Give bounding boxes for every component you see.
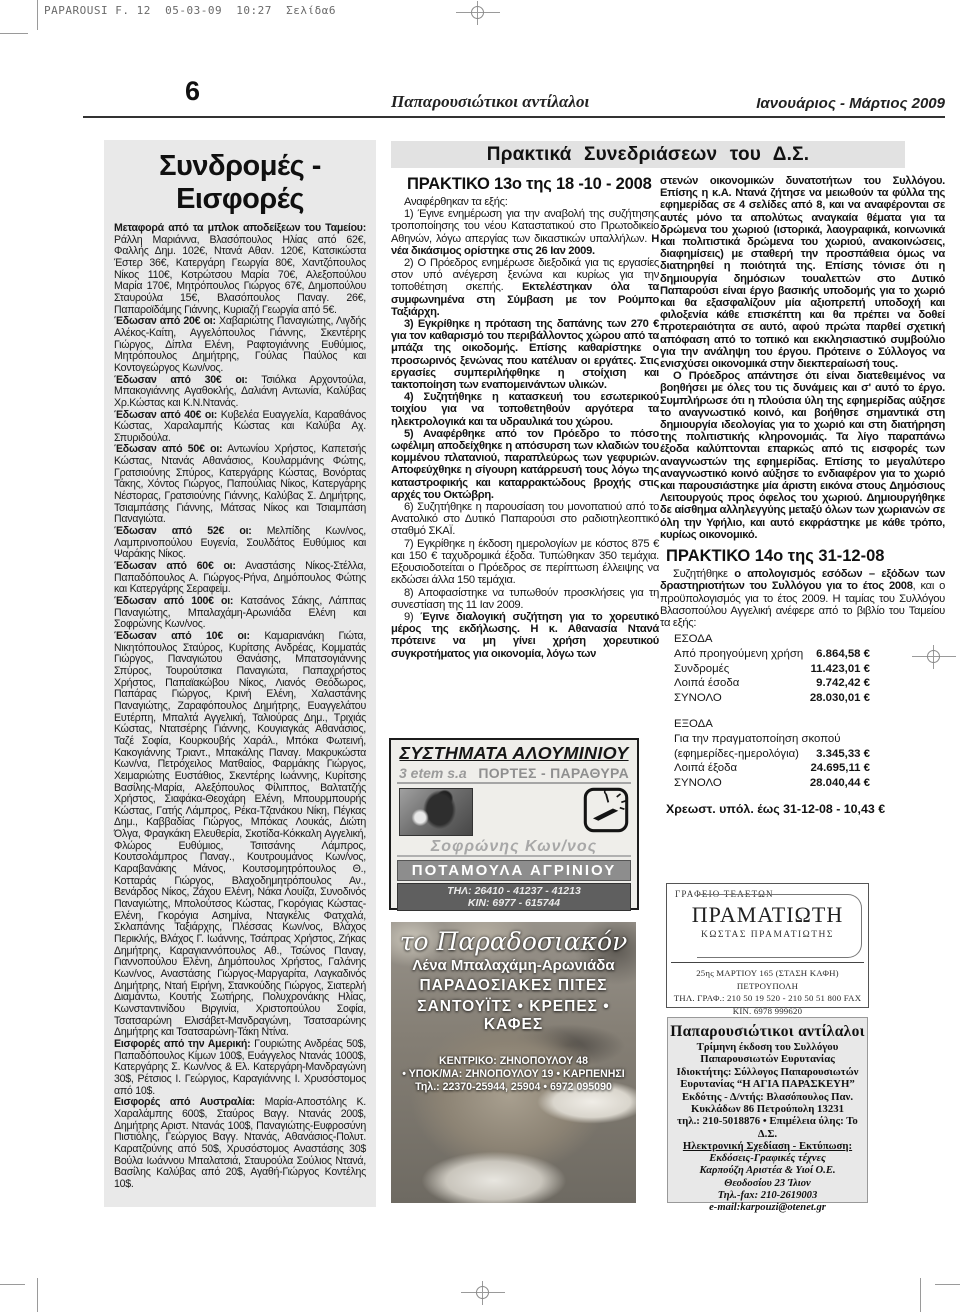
funeral-mobile: ΚΙΝ. 6978 999620 [667,1005,868,1018]
expense-note: Για την πραγματοποίηση σκοπού [674,732,870,747]
minutes-14-title: ΠΡΑΚΤΙΚΟ 14ο της 31-12-08 [666,547,945,566]
page-number: 6 [185,76,200,107]
minutes-13-title: ΠΡΑΚΤΙΚΟ 13ο της 18 -10 - 2008 [407,175,659,194]
subscriptions-paragraph: Έδωσαν από 60€ οι: Αναστάσης Νίκος-Στέλλ… [114,561,366,596]
minutes-item: 6) Συζητήθηκε η παρουσίαση του μονοπατιο… [391,501,659,538]
subscriptions-section: Συνδρομές - Εισφορές Μεταφορά από τα μπλ… [104,140,376,1207]
minutes-item: 7) Εγκρίθηκε η έκδοση ημερολογίων με κόσ… [391,538,659,587]
aluminium-location: ΠΟΤΑΜΟΥΛΑ ΑΓΡΙΝΙΟΥ [397,860,631,881]
aluminium-owner: Σοφρώνης Κων/νος [397,838,631,857]
funeral-name: ΠΡΑΜΑΤΙΩΤΗ [667,902,868,928]
minutes-item: 9) Έγινε διαλογική συζήτηση για το χορευ… [391,611,659,660]
minutes-item: 1) Έγινε ενημέρωση για την αναβολή της σ… [391,208,659,257]
traditional-address-1: ΚΕΝΤΡΙΚΟ: ΖΗΝΟΠΟΥΛΟΥ 48 [391,1055,636,1068]
imprint-box: Παπαρουσιώτικοι αντίλαλοι Τρίμηνη έκδοση… [667,1017,868,1203]
minutes-item: 3) Εγκρίθηκε η πρόταση της δαπάνης των 2… [391,318,659,391]
aluminium-mobile: ΚΙΝ: 6977 - 615744 [398,897,630,909]
minutes-item: 5) Αναφέρθηκε από τον Πρόεδρο το πόσο ωφ… [391,428,659,501]
minutes-right-column: στενών οικονομικών δυνατοτήτων του Συλλό… [660,175,945,816]
debit-balance-line: Χρεωστ. υπόλ. έως 31-12-08 - 10,43 € [666,802,945,816]
traditional-phone: Τηλ.: 22370-25944, 25904 • 6972 095090 [391,1081,636,1094]
imprint-line: Τρίμηνη έκδοση του Συλλόγου [668,1041,867,1053]
aluminium-systems-ad: ΣΥΣΤΗΜΑΤΑ ΑΛΟΥΜΙΝΙΟΥ 3 etem s.a ΠΟΡΤΕΣ -… [389,738,639,910]
registration-mark-icon [456,1,500,25]
imprint-print-line: Καρπούζη Αριστέα & Υιοί Ο.Ε. [668,1165,867,1177]
financial-statement: ΕΣΟΔΑ Από προηγούμενη χρήση6.864,58 € Συ… [674,632,870,790]
aluminium-ad-images [399,788,629,836]
crop-mark-icon [0,1284,25,1285]
income-total-row: ΣΥΝΟΛΟ28.030,01 € [674,691,870,706]
subscriptions-paragraph: Εισφορές από την Αμερική: Γουριώτης Ανδρ… [114,1039,366,1097]
expense-row: (εφημερίδες-ημερολόγια)3.345,33 € [674,747,870,762]
imprint-print-line: Εκδόσεις-Γραφικές τέχνες [668,1153,867,1165]
prepress-slug: PAPAROUSI F. 12 05-03-09 10:27 Σελίδα6 [44,4,336,17]
subscriptions-paragraph: Έδωσαν από 52€ οι: Μελπίδης Κων/νος, Λαμ… [114,526,366,561]
funeral-owner: ΚΩΣΤΑΣ ΠΡΑΜΑΤΙΩΤΗΣ [667,930,868,940]
aluminium-brand: 3 etem s.a [399,765,467,781]
imprint-print-heading: Ηλεκτρονική Σχεδίαση - Εκτύπωση: [668,1140,867,1153]
funeral-phones: ΤΗΛ. ΓΡΑΦ.: 210 50 19 520 - 210 50 51 80… [667,992,868,1005]
newspaper-title: Παπαρουσιώτικοι αντίλαλοι [391,92,589,112]
crop-mark-icon [37,0,38,30]
imprint-line: Ιδιοκτήτης: Σύλλογος Παπαρουσιωτών [668,1066,867,1078]
traditional-contact: ΚΕΝΤΡΙΚΟ: ΖΗΝΟΠΟΥΛΟΥ 48 • ΥΠΟΚ/ΜΑ: ΖΗΝΟΠ… [391,1055,636,1094]
header-rule [83,116,945,118]
traditional-pies-ad: το Παραδοσιακόν Λένα Μπαλαχάμη-Αρωνιάδα … [391,922,636,1203]
minutes-item: 8) Αποφασίστηκε να τυπωθούν προσκλήσεις … [391,587,659,611]
income-row: Από προηγούμενη χρήση6.864,58 € [674,647,870,662]
aluminium-ad-subtitle: 3 etem s.a ΠΟΡΤΕΣ - ΠΑΡΑΘΥΡΑ [397,764,631,784]
crop-mark-icon [935,1284,960,1285]
registration-mark-icon [461,1281,505,1305]
funeral-divider [671,962,864,963]
imprint-line: Εκδότης - Δ/ντής: Βλασόπουλος Παν. [668,1091,867,1103]
imprint-line: Παπαρουσιωτών Ευρυτανίας [668,1053,867,1065]
imprint-print-line: Τηλ.-fax: 210-2619003 [668,1190,867,1202]
expense-row: Λοιπά έξοδα24.695,11 € [674,761,870,776]
aluminium-products: ΠΟΡΤΕΣ - ΠΑΡΑΘΥΡΑ [478,765,629,781]
expense-header: ΕΞΟΔΑ [674,717,870,732]
traditional-shop-name: το Παραδοσιακόν [391,927,636,956]
president-response: Ο Πρόεδρος απάντησε ότι είναι διατεθειμέ… [660,370,945,541]
traditional-owner: Λένα Μπαλαχάμη-Αρωνιάδα [391,957,636,974]
subscriptions-paragraph: Έδωσαν από 40€ οι: Κυβελέα Ευαγγελία, Κα… [114,410,366,445]
subscriptions-paragraph: Έδωσαν από 20€ οι: Χαβαριώτης Παναγιώτης… [114,316,366,374]
aluminium-ad-title: ΣΥΣΤΗΜΑΤΑ ΑΛΟΥΜΙΝΙΟΥ [397,743,631,764]
subscriptions-paragraph: Έδωσαν από 50€ οι: Αντωνίου Χρήστος, Καπ… [114,444,366,526]
minutes-item: 2) Ο Πρόεδρος ενημέρωσε διεξοδικά για τι… [391,257,659,318]
crop-mark-icon [0,33,28,34]
imprint-email: e-mail:karpouzi@otenet.gr [668,1202,867,1214]
issue-date: Ιανουάριος - Μάρτιος 2009 [720,95,945,112]
minutes-14-intro: Συζητήθηκε ο απολογισμός εσόδων – εξόδων… [660,568,945,629]
imprint-title: Παπαρουσιώτικοι αντίλαλοι [668,1023,867,1041]
subscriptions-title: Συνδρομές - Εισφορές [114,150,366,216]
minutes-item: 4) Συζητήθηκε η κατασκευή του εσωτερικού… [391,391,659,428]
minutes-banner-title: Πρακτικά Συνεδριάσεων του Δ.Σ. [391,141,905,168]
aluminium-phones: ΤΗΛ: 26410 - 41237 - 41213 ΚΙΝ: 6977 - 6… [397,883,631,911]
expense-total-row: ΣΥΝΟΛΟ28.040,44 € [674,776,870,791]
minutes-item-9-continuation: στενών οικονομικών δυνατοτήτων του Συλλό… [660,175,945,370]
funeral-address: 25ης ΜΑΡΤΙΟΥ 165 (ΣΤΑΣΗ ΚΑΦΗ) ΠΕΤΡΟΥΠΟΛΗ [667,967,868,992]
traditional-address-2: • ΥΠΟΚ/ΜΑ: ΖΗΝΟΠΟΥΛΟΥ 19 • ΚΑΡΠΕΝΗΣΙ [391,1068,636,1081]
imprint-line: Ευρυτανίας “Η ΑΓΙΑ ΠΑΡΑΣΚΕΥΗ” [668,1078,867,1090]
imprint-line: Κυκλάδων 86 Πετρούπολη 13231 [668,1103,867,1115]
subscriptions-paragraph: Έδωσαν από 30€ οι: Τσιόλκα Αρχοντούλα, Μ… [114,375,366,410]
income-header: ΕΣΟΔΑ [674,632,870,647]
aluminium-phone: ΤΗΛ: 26410 - 41237 - 41213 [398,885,630,897]
subscriptions-paragraph: Εισφορές από Αυστραλία: Μαρία-Αποστόλης … [114,1097,366,1190]
subscriptions-paragraph: Έδωσαν από 100€ οι: Κατσάνος Σάκης, Λάππ… [114,596,366,631]
funeral-home-ad: ΓΡΑΦΕΙΟ ΤΕΛΕΤΩΝ ΠΡΑΜΑΤΙΩΤΗ ΚΩΣΤΑΣ ΠΡΑΜΑΤ… [666,883,869,1008]
newspaper-page: PAPAROUSI F. 12 05-03-09 10:27 Σελίδα6 6… [0,0,960,1312]
imprint-line: τηλ.: 210-5018876 • Επιμέλεια ύλης: Το Δ… [668,1115,867,1140]
minutes-13-intro: Αναφέρθηκαν τα εξής: [391,196,659,208]
minutes-13-column: ΠΡΑΚΤΙΚΟ 13ο της 18 -10 - 2008 Αναφέρθηκ… [391,175,659,660]
funeral-contact: 25ης ΜΑΡΤΙΟΥ 165 (ΣΤΑΣΗ ΚΑΦΗ) ΠΕΤΡΟΥΠΟΛΗ… [667,967,868,1017]
traditional-product-2: ΣΑΝΤΟΥΪΤΣ • ΚΡΕΠΕΣ • ΚΑΦΕΣ [391,998,636,1034]
welder-photo [399,788,473,836]
traditional-product-1: ΠΑΡΑΔΟΣΙΑΚΕΣ ΠΙΤΕΣ [391,977,636,995]
crop-mark-icon [37,1278,38,1312]
subscriptions-paragraph: Μεταφορά από τα μπλοκ αποδείξεων του Ταμ… [114,223,366,316]
income-row: Συνδρομές11.423,01 € [674,662,870,677]
income-row: Λοιπά έσοδα9.742,42 € [674,676,870,691]
crane-beam-icon [583,787,629,838]
imprint-print-line: Θεοδοσίου 23 Ίλιον [668,1178,867,1190]
crop-mark-icon [920,1278,921,1312]
subscriptions-paragraph: Έδωσαν από 10€ οι: Καμαριανάκη Γιώτα, Νι… [114,631,366,1039]
